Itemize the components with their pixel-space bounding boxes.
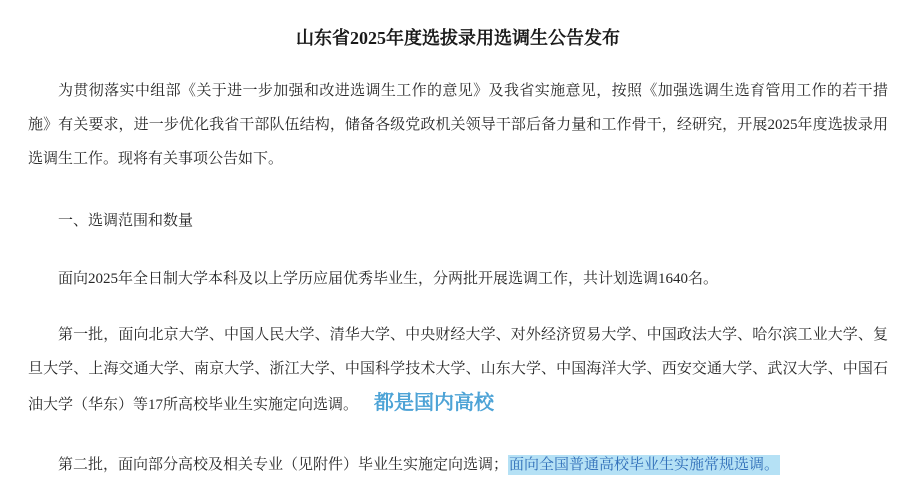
scope-paragraph: 面向2025年全日制大学本科及以上学历应届优秀毕业生，分两批开展选调工作，共计划… (28, 262, 888, 296)
document-title: 山东省2025年度选拔录用选调生公告发布 (28, 24, 888, 52)
section-heading: 一、选调范围和数量 (28, 204, 888, 238)
second-batch-text: 第二批，面向部分高校及相关专业（见附件）毕业生实施定向选调； (58, 457, 508, 473)
annotation-note: 都是国内高校 (374, 386, 494, 420)
announcement-document: 山东省2025年度选拔录用选调生公告发布 为贯彻落实中组部《关于进一步加强和改进… (0, 0, 916, 478)
highlighted-sentence: 面向全国普通高校毕业生实施常规选调。 (508, 455, 780, 475)
intro-paragraph: 为贯彻落实中组部《关于进一步加强和改进选调生工作的意见》及我省实施意见，按照《加… (28, 74, 888, 176)
first-batch-paragraph: 第一批，面向北京大学、中国人民大学、清华大学、中央财经大学、对外经济贸易大学、中… (28, 318, 888, 422)
second-batch-paragraph: 第二批，面向部分高校及相关专业（见附件）毕业生实施定向选调；面向全国普通高校毕业… (28, 448, 888, 478)
